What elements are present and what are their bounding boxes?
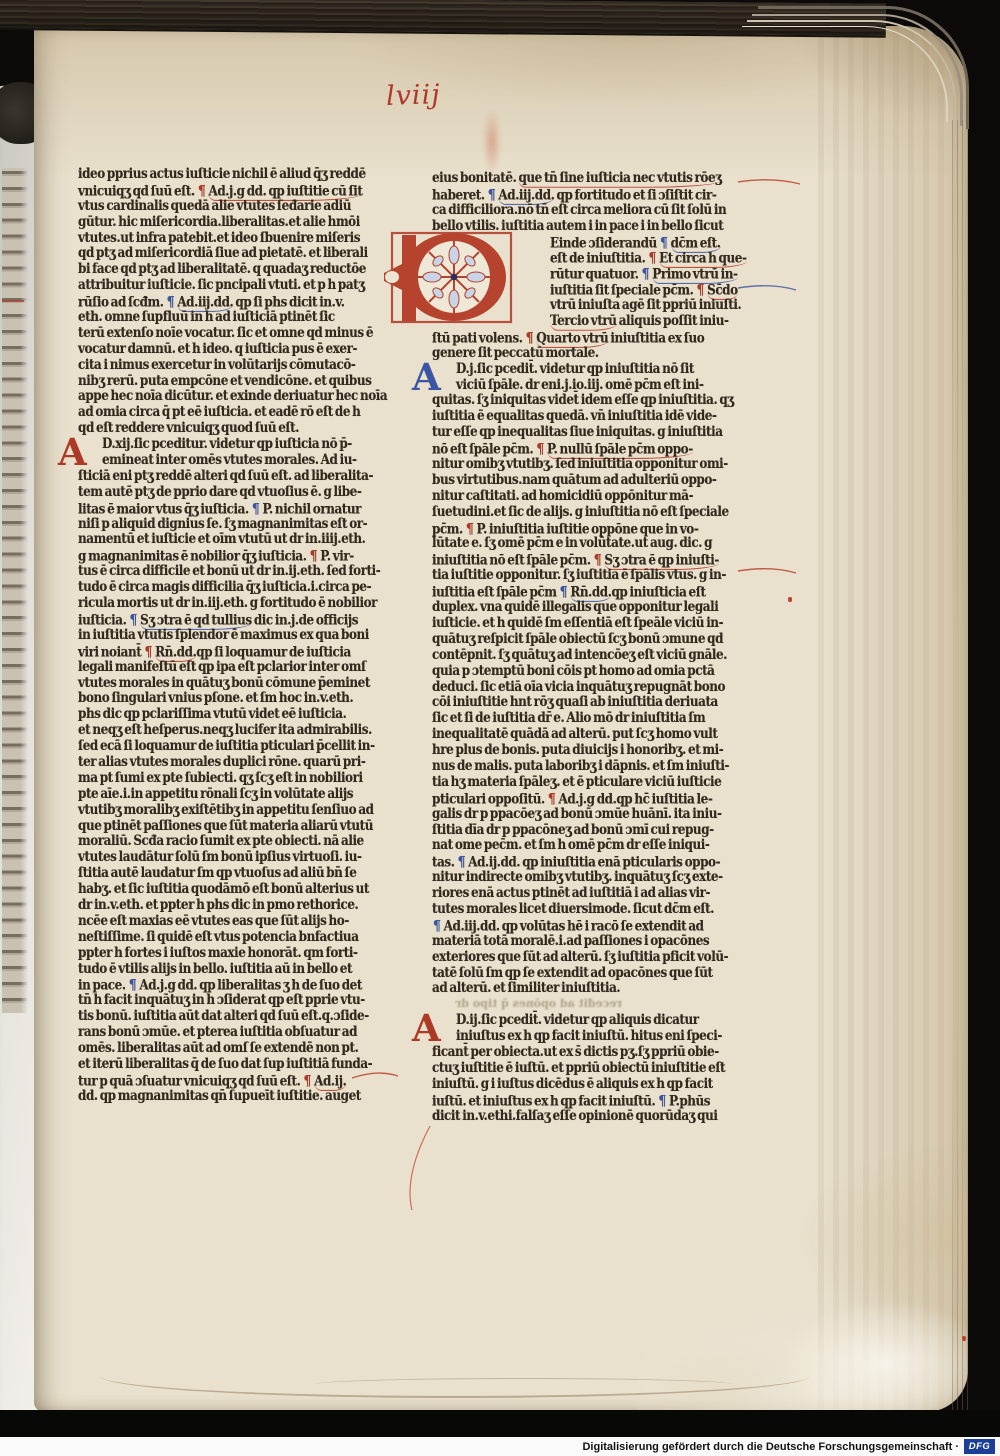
parchment-stain-bottom [638,1092,968,1412]
pilcrow-red: ¶ [525,328,535,345]
facing-page-red-line [2,300,24,302]
text-column-left: ideo pprius actus iuſticie nichil ē aliu… [78,167,377,1105]
pilcrow-blue: ¶ [657,1091,667,1108]
text-line: dd. qp magnanimitas qn̄ ſupueīt iuſtitie… [78,1087,377,1105]
paragraph: AD.xij.ſic pceditur. videtur qp iuſticia… [78,437,377,1104]
red-dot-mark [788,597,792,602]
pilcrow-red: ¶ [302,1071,312,1088]
facing-page-text-edge [2,168,28,1013]
pilcrow-blue: ¶ [166,293,176,310]
pilcrow-blue: ¶ [559,583,569,600]
text-line: dicit in.v.ethi.falſaʒ eſſe opinionē quo… [432,1107,742,1125]
pilcrow-blue: ¶ [251,499,261,516]
manuscript-scan: lviij ideo pprius actus iuſticie nichil … [0,0,1000,1456]
dfg-logo: DFG [964,1439,995,1454]
book-page: lviij ideo pprius actus iuſticie nichil … [34,26,968,1412]
pilcrow-blue: ¶ [641,265,651,282]
pilcrow-red: ¶ [535,440,545,457]
bottom-crease-2 [314,1378,734,1391]
pilcrow-red: ¶ [197,181,207,198]
scan-bottom-band [0,1410,1000,1437]
pilcrow-red: ¶ [144,642,154,659]
text-column-right: eius bonitatē. que tn̄ ſine iuſticia nec… [432,171,742,1124]
pilcrow-blue: ¶ [128,610,138,627]
digitization-credit-bar: Digitalisierung gefördert durch die Deut… [0,1437,1000,1456]
pilcrow-blue: ¶ [487,185,497,202]
paragraph: AD.j.ſic pcedit̄. videtur qp iniuſtitia … [432,362,742,998]
text-line: ad alterū. et ſimiliter iniuſtitia. [432,980,742,998]
decorated-initial-block: Einde ɔſiderandū ¶ dc̄m eſt.eſt de iniuſ… [432,235,742,330]
folio-number: lviij [385,79,441,112]
right-page-edges [952,120,972,1410]
pilcrow-blue: ¶ [432,916,442,933]
digitization-credit: Digitalisierung gefördert durch die Deut… [582,1441,959,1453]
pilcrow-blue: ¶ [457,853,467,870]
pilcrow-red: ¶ [695,281,705,298]
pilcrow-red: ¶ [547,789,557,806]
paragraph: AD.ij.ſic pcedit̄. videtur qp aliquis di… [432,1013,742,1124]
